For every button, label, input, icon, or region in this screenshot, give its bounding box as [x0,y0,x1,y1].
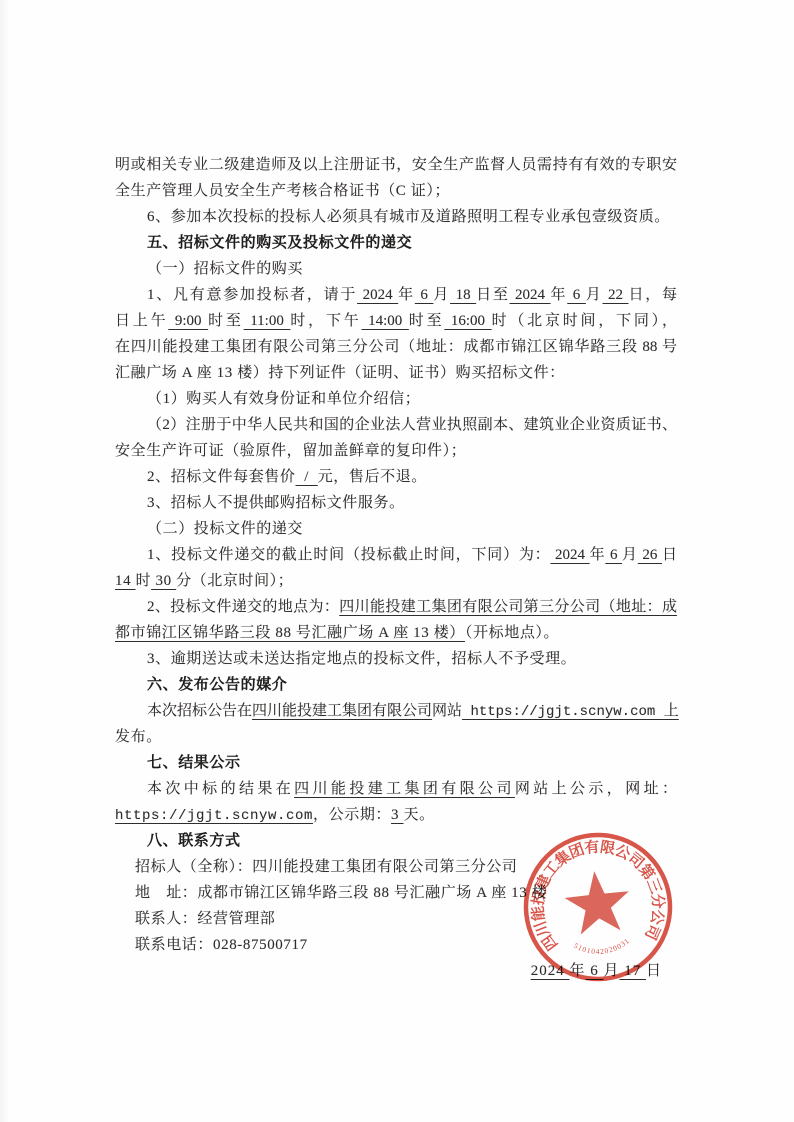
text-run: 分（北京时间）； [176,573,293,589]
underlined-text: 9:00 [168,313,208,329]
document-body: 明或相关专业二级建造师及以上注册证书，安全生产监督人员需持有有效的专职安全生产管… [115,152,677,984]
underlined-text: 22 [603,287,629,303]
text-run: 安全生产许可证（验原件，留加盖鲜章的复印件）； [115,443,466,459]
text-run: 6、参加本次投标的投标人必须具有城市及道路照明工程专业承包壹级资质。 [147,209,670,225]
underlined-text: 16:00 [444,313,491,329]
text-run: 月 [603,963,619,979]
underlined-text: 11:00 [244,313,291,329]
text-run: 本次招标公告在 [147,703,252,719]
doc-line: 联系电话：028-87500717 [115,932,677,958]
text-run: 元，售后不退。 [318,469,427,485]
doc-line: （1）购买人有效身份证和单位介绍信； [115,386,677,412]
text-run: 联系人：经营管理部 [135,911,275,927]
doc-line: 全生产管理人员安全生产考核合格证书（C 证）； [115,178,677,204]
text-run: 年 [551,287,568,303]
underlined-text: 30 [151,573,176,589]
text-run: 3、逾期送达或未送达指定地点的投标文件，招标人不予受理。 [147,651,576,667]
text-run: 七、结果公示 [147,755,241,771]
scanned-document-page: 明或相关专业二级建造师及以上注册证书，安全生产监督人员需持有有效的专职安全生产管… [0,0,794,1122]
text-run: 2、招标文件每套售价 [147,469,296,485]
doc-line: 招标人（全称）：四川能投建工集团有限公司第三分公司 [115,854,677,880]
underlined-text: 3 [391,807,403,823]
doc-line: 3、逾期送达或未送达指定地点的投标文件，招标人不予受理。 [115,646,677,672]
doc-line: 2、招标文件每套售价 / 元，售后不退。 [115,464,677,490]
text-run: 日至 [476,287,509,303]
text-run: 年 [569,963,585,979]
text-run: 五、招标文件的购买及投标文件的递交 [147,235,412,251]
underlined-text: 2024 [357,287,398,303]
text-run: 六、发布公告的媒介 [147,677,287,693]
doc-line: 在四川能投建工集团有限公司第三分公司（地址：成都市锦江区锦华路三段 88 号 [115,334,677,360]
underlined-text: 2024 [531,963,570,979]
text-run: 汇融广场 A 座 13 楼）持下列证件（证明、证书）购买招标文件： [115,365,565,381]
text-run: 1、凡有意参加投标者，请于 [147,287,357,303]
text-run: 日上午 [115,313,168,329]
doc-line: 日上午 9:00 时至 11:00 时，下午 14:00 时至 16:00 时（… [115,308,677,334]
underlined-text: 6 [567,287,585,303]
text-run: 时至 [208,313,244,329]
text-run: 网站上公示，网址： [515,781,677,797]
text-run: （2）注册于中华人民共和国的企业法人营业执照副本、建筑业企业资质证书、 [147,417,677,433]
text-run: 招标人（全称）：四川能投建工集团有限公司第三分公司 [135,859,518,875]
doc-line: 五、招标文件的购买及投标文件的递交 [115,230,677,256]
underlined-text: 26 [638,547,662,563]
text-run: 月 [433,287,450,303]
doc-line: 地 址：成都市锦江区锦华路三段 88 号汇融广场 A 座 13 楼 [115,880,677,906]
text-run: 时至 [409,313,445,329]
underlined-text: 18 [450,287,476,303]
text-run: 全生产管理人员安全生产考核合格证书（C 证）； [115,183,450,199]
text-run: 联系电话：028-87500717 [135,937,308,953]
underlined-text: 上 [664,703,679,719]
doc-line: 本次中标的结果在四川能投建工集团有限公司网站上公示，网址： [115,776,677,802]
doc-line: 14 时 30 分（北京时间）； [115,568,677,594]
url-text: https://jgjt.scnyw.com [462,704,664,720]
text-run: （二）投标文件的递交 [147,521,303,537]
text-run: 明或相关专业二级建造师及以上注册证书，安全生产监督人员需持有有效的专职安 [115,157,677,173]
doc-line: 1、凡有意参加投标者，请于 2024 年 6 月 18 日至 2024 年 6 … [115,282,677,308]
doc-line: 八、联系方式 [115,828,677,854]
doc-line: 都市锦江区锦华路三段 88 号汇融广场 A 座 13 楼）（开标地点）。 [115,620,677,646]
text-run: 本次中标的结果在 [147,781,294,797]
text-run: ，公示期： [313,807,391,823]
doc-line: （2）注册于中华人民共和国的企业法人营业执照副本、建筑业企业资质证书、 [115,412,677,438]
text-run: 时（北京时间，下同）， [492,313,677,329]
doc-line: 汇融广场 A 座 13 楼）持下列证件（证明、证书）购买招标文件： [115,360,677,386]
doc-line: https://jgjt.scnyw.com，公示期：3 天。 [115,802,677,828]
doc-line: 联系人：经营管理部 [115,906,677,932]
text-run: 2、投标文件递交的地点为： [147,599,339,615]
text-run: 在四川能投建工集团有限公司第三分公司（地址：成都市锦江区锦华路三段 88 号 [115,339,677,355]
text-run: 日 [662,547,677,563]
doc-line: 六、发布公告的媒介 [115,672,677,698]
text-run: 发布。 [115,729,162,745]
url-text: https://jgjt.scnyw.com [115,808,313,824]
text-run: 年 [590,547,606,563]
underlined-text: 6 [605,547,622,563]
underlined-text: 四川能投建工集团有限公司第三分公司（地址：成 [339,599,677,615]
text-run: 年 [398,287,415,303]
underlined-text: 四川能投建工集团有限公司 [252,703,432,719]
underlined-text: 2024 [510,287,551,303]
text-run: 地 址：成都市锦江区锦华路三段 88 号汇融广场 A 座 13 楼 [135,885,547,901]
text-run: 月 [622,547,638,563]
underlined-text: 14 [115,573,136,589]
text-run: 天。 [404,807,435,823]
text-run: 3、招标人不提供邮购招标文件服务。 [147,495,405,511]
underlined-text: 都市锦江区锦华路三段 88 号汇融广场 A 座 13 楼） [115,625,465,641]
doc-line: 本次招标公告在四川能投建工集团有限公司网站 https://jgjt.scnyw… [115,698,677,724]
text-run: （1）购买人有效身份证和单位介绍信； [147,391,420,407]
doc-line: 3、招标人不提供邮购招标文件服务。 [115,490,677,516]
scan-edge-shadow [0,0,10,1122]
doc-line: 6、参加本次投标的投标人必须具有城市及道路照明工程专业承包壹级资质。 [115,204,677,230]
doc-line: 明或相关专业二级建造师及以上注册证书，安全生产监督人员需持有有效的专职安 [115,152,677,178]
underlined-text: 17 [619,963,646,979]
text-run: 时，下午 [290,313,361,329]
text-run: 日，每 [629,287,677,303]
doc-line: 七、结果公示 [115,750,677,776]
underlined-text: 2024 [550,547,589,563]
doc-line: （一）招标文件的购买 [115,256,677,282]
text-run: 时 [136,573,152,589]
doc-line: 1、投标文件递交的截止时间（投标截止时间，下同）为： 2024 年 6 月 26… [115,542,677,568]
text-run: 网站 [432,703,462,719]
underlined-text: 6 [585,963,603,979]
underlined-text: 14:00 [362,313,409,329]
text-run: 日 [646,963,662,979]
doc-line: 发布。 [115,724,677,750]
text-run: 八、联系方式 [147,833,241,849]
doc-line: 2、投标文件递交的地点为：四川能投建工集团有限公司第三分公司（地址：成 [115,594,677,620]
text-run: （开标地点）。 [465,625,559,641]
underlined-text: 6 [415,287,433,303]
doc-line: 2024 年 6 月 17 日 [115,958,677,984]
underlined-text: / [296,469,318,485]
text-run: （一）招标文件的购买 [147,261,303,277]
underlined-text: 四川能投建工集团有限公司 [294,781,515,797]
doc-line: （二）投标文件的递交 [115,516,677,542]
text-run: 月 [586,287,603,303]
doc-line: 安全生产许可证（验原件，留加盖鲜章的复印件）； [115,438,677,464]
text-run: 1、投标文件递交的截止时间（投标截止时间，下同）为： [147,547,550,563]
